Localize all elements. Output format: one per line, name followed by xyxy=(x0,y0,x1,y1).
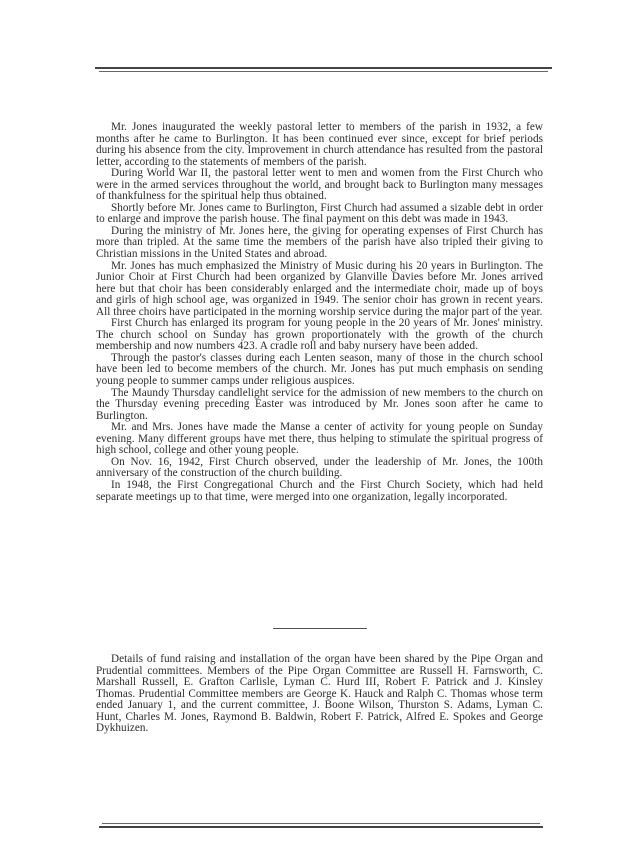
paragraph: During World War II, the pastoral letter… xyxy=(96,168,543,203)
rule-line xyxy=(99,71,548,72)
bottom-double-rule xyxy=(99,823,543,828)
rule-line xyxy=(99,826,543,828)
paragraph: Mr. Jones inaugurated the weekly pastora… xyxy=(96,122,543,168)
paragraph: During the ministry of Mr. Jones here, t… xyxy=(96,226,543,261)
rule-line xyxy=(95,67,552,69)
paragraph: Mr. and Mrs. Jones have made the Manse a… xyxy=(96,422,543,457)
paragraph: The Maundy Thursday candlelight service … xyxy=(96,388,543,423)
section-divider xyxy=(273,628,367,629)
paragraph: Shortly before Mr. Jones came to Burling… xyxy=(96,203,543,226)
paragraph: First Church has enlarged its program fo… xyxy=(96,318,543,353)
top-double-rule xyxy=(95,67,552,72)
paragraph: On Nov. 16, 1942, First Church observed,… xyxy=(96,457,543,480)
paragraph: Details of fund raising and installation… xyxy=(96,654,543,735)
rule-line xyxy=(102,823,540,824)
paragraph: Mr. Jones has much emphasized the Minist… xyxy=(96,261,543,319)
paragraph: Through the pastor's classes during each… xyxy=(96,353,543,388)
main-body-text: Mr. Jones inaugurated the weekly pastora… xyxy=(96,122,543,503)
organ-committee-note: Details of fund raising and installation… xyxy=(96,654,543,735)
paragraph: In 1948, the First Congregational Church… xyxy=(96,480,543,503)
